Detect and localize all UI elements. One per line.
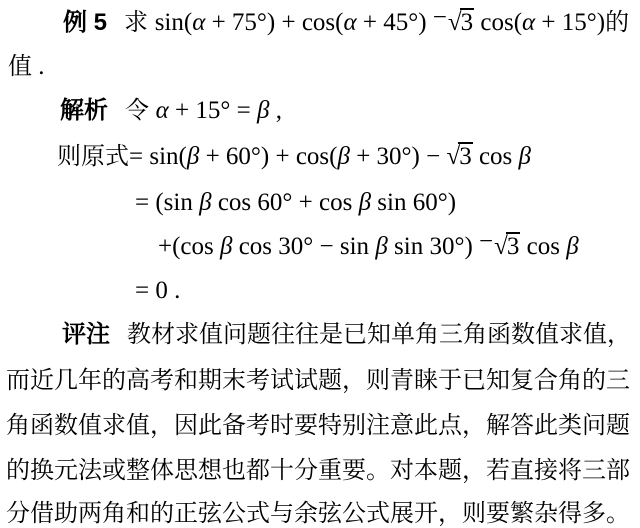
example-line-2-seg-0: 值 xyxy=(8,53,32,80)
example-label: 例 5 xyxy=(63,9,107,36)
analysis-line-3-seg-3: β xyxy=(359,189,371,216)
analysis-line-1-seg-3: + 15° = xyxy=(169,97,257,124)
analysis-line-4-seg-5: − xyxy=(479,228,493,255)
example-line-1-seg-6: + 45°) xyxy=(357,9,433,36)
example-line-1-seg-8: √3 xyxy=(448,8,474,38)
radicand: 3 xyxy=(458,142,473,170)
analysis-line-4: +(cos β cos 30° − sin β sin 30°) −√3 cos… xyxy=(158,232,579,262)
radicand: 3 xyxy=(460,8,475,36)
comment-line-3-seg-0: 角函数值求值，因此备考时要特别注意此点，解答此类问题 xyxy=(6,412,630,439)
analysis-line-2: 则原式= sin(β + 60°) + cos(β + 30°) − √3 co… xyxy=(57,142,531,172)
comment-line-2: 而近几年的高考和期末考试试题，则青睐于已知复合角的三 xyxy=(6,366,630,396)
analysis-line-2-seg-1: = sin( xyxy=(129,143,187,170)
analysis-line-4-seg-6: √3 xyxy=(494,232,520,262)
analysis-line-4-seg-4: sin 30°) xyxy=(388,233,479,260)
analysis-line-3-seg-0: = (sin xyxy=(135,189,199,216)
analysis-line-5: = 0 . xyxy=(135,276,180,306)
analysis-line-5-seg-0: = 0 . xyxy=(135,277,180,304)
analysis-line-1-seg-4: β xyxy=(257,97,269,124)
analysis-label: 解析 xyxy=(60,97,108,124)
example-line-1-seg-10: α xyxy=(522,9,535,36)
analysis-line-2-seg-7: cos xyxy=(473,143,519,170)
analysis-line-2-seg-6: √3 xyxy=(446,142,472,172)
example-line-1-seg-12: 的 xyxy=(605,9,629,36)
analysis-line-2-seg-5: + 30°) − xyxy=(350,143,447,170)
comment-label: 评注 xyxy=(62,321,110,348)
analysis-line-4-seg-7: cos xyxy=(520,233,566,260)
comment-line-1-seg-1: 教材求值问题往往是已知单角三角函数值求值， xyxy=(127,321,631,348)
analysis-line-1-seg-1: 令 xyxy=(125,97,156,124)
analysis-line-4-seg-0: +(cos xyxy=(158,233,220,260)
analysis-line-4-seg-8: β xyxy=(566,233,578,260)
comment-line-1: 评注教材求值问题往往是已知单角三角函数值求值， xyxy=(62,320,631,350)
comment-line-2-seg-0: 而近几年的高考和期末考试试题，则青睐于已知复合角的三 xyxy=(6,367,630,394)
example-line-1-seg-7: − xyxy=(433,4,447,31)
analysis-line-3: = (sin β cos 60° + cos β sin 60°) xyxy=(135,188,456,218)
example-line-1-seg-11: + 15°) xyxy=(535,9,605,36)
analysis-line-3-seg-4: sin 60°) xyxy=(371,189,456,216)
document-page: 例 5求 sin(α + 75°) + cos(α + 45°) −√3 cos… xyxy=(0,0,640,528)
analysis-line-4-seg-1: β xyxy=(220,233,232,260)
example-line-1-seg-2: sin( xyxy=(155,9,193,36)
analysis-line-3-seg-1: β xyxy=(199,189,211,216)
comment-line-4: 的换元法或整体思想也都十分重要。对本题，若直接将三部 xyxy=(6,456,630,486)
radicand: 3 xyxy=(506,232,521,260)
example-line-1-seg-4: + 75°) + cos( xyxy=(205,9,343,36)
example-line-1-seg-3: α xyxy=(192,9,205,36)
analysis-line-1-seg-5: , xyxy=(269,97,282,124)
analysis-line-1: 解析令 α + 15° = β , xyxy=(60,96,282,126)
comment-line-5: 分借助两角和的正弦公式与余弦公式展开，则要繁杂得多。 xyxy=(6,499,630,528)
comment-line-3: 角函数值求值，因此备考时要特别注意此点，解答此类问题 xyxy=(6,411,630,441)
example-line-1-seg-9: cos( xyxy=(474,9,522,36)
analysis-line-2-seg-2: β xyxy=(187,143,199,170)
analysis-line-2-seg-3: + 60°) + cos( xyxy=(199,143,337,170)
example-line-1-seg-1: 求 xyxy=(124,9,155,36)
comment-line-5-seg-0: 分借助两角和的正弦公式与余弦公式展开，则要繁杂得多。 xyxy=(6,500,630,527)
example-line-2: 值 . xyxy=(8,52,45,82)
comment-line-4-seg-0: 的换元法或整体思想也都十分重要。对本题，若直接将三部 xyxy=(6,457,630,484)
example-line-1: 例 5求 sin(α + 75°) + cos(α + 45°) −√3 cos… xyxy=(63,8,629,38)
analysis-line-2-seg-4: β xyxy=(337,143,349,170)
analysis-line-1-seg-2: α xyxy=(156,97,169,124)
analysis-line-3-seg-2: cos 60° + cos xyxy=(212,189,359,216)
analysis-line-2-seg-0: 则原式 xyxy=(57,143,129,170)
example-line-2-seg-1: . xyxy=(32,53,45,80)
analysis-line-2-seg-8: β xyxy=(519,143,531,170)
analysis-line-4-seg-3: β xyxy=(375,233,387,260)
analysis-line-4-seg-2: cos 30° − sin xyxy=(232,233,375,260)
example-line-1-seg-5: α xyxy=(343,9,356,36)
